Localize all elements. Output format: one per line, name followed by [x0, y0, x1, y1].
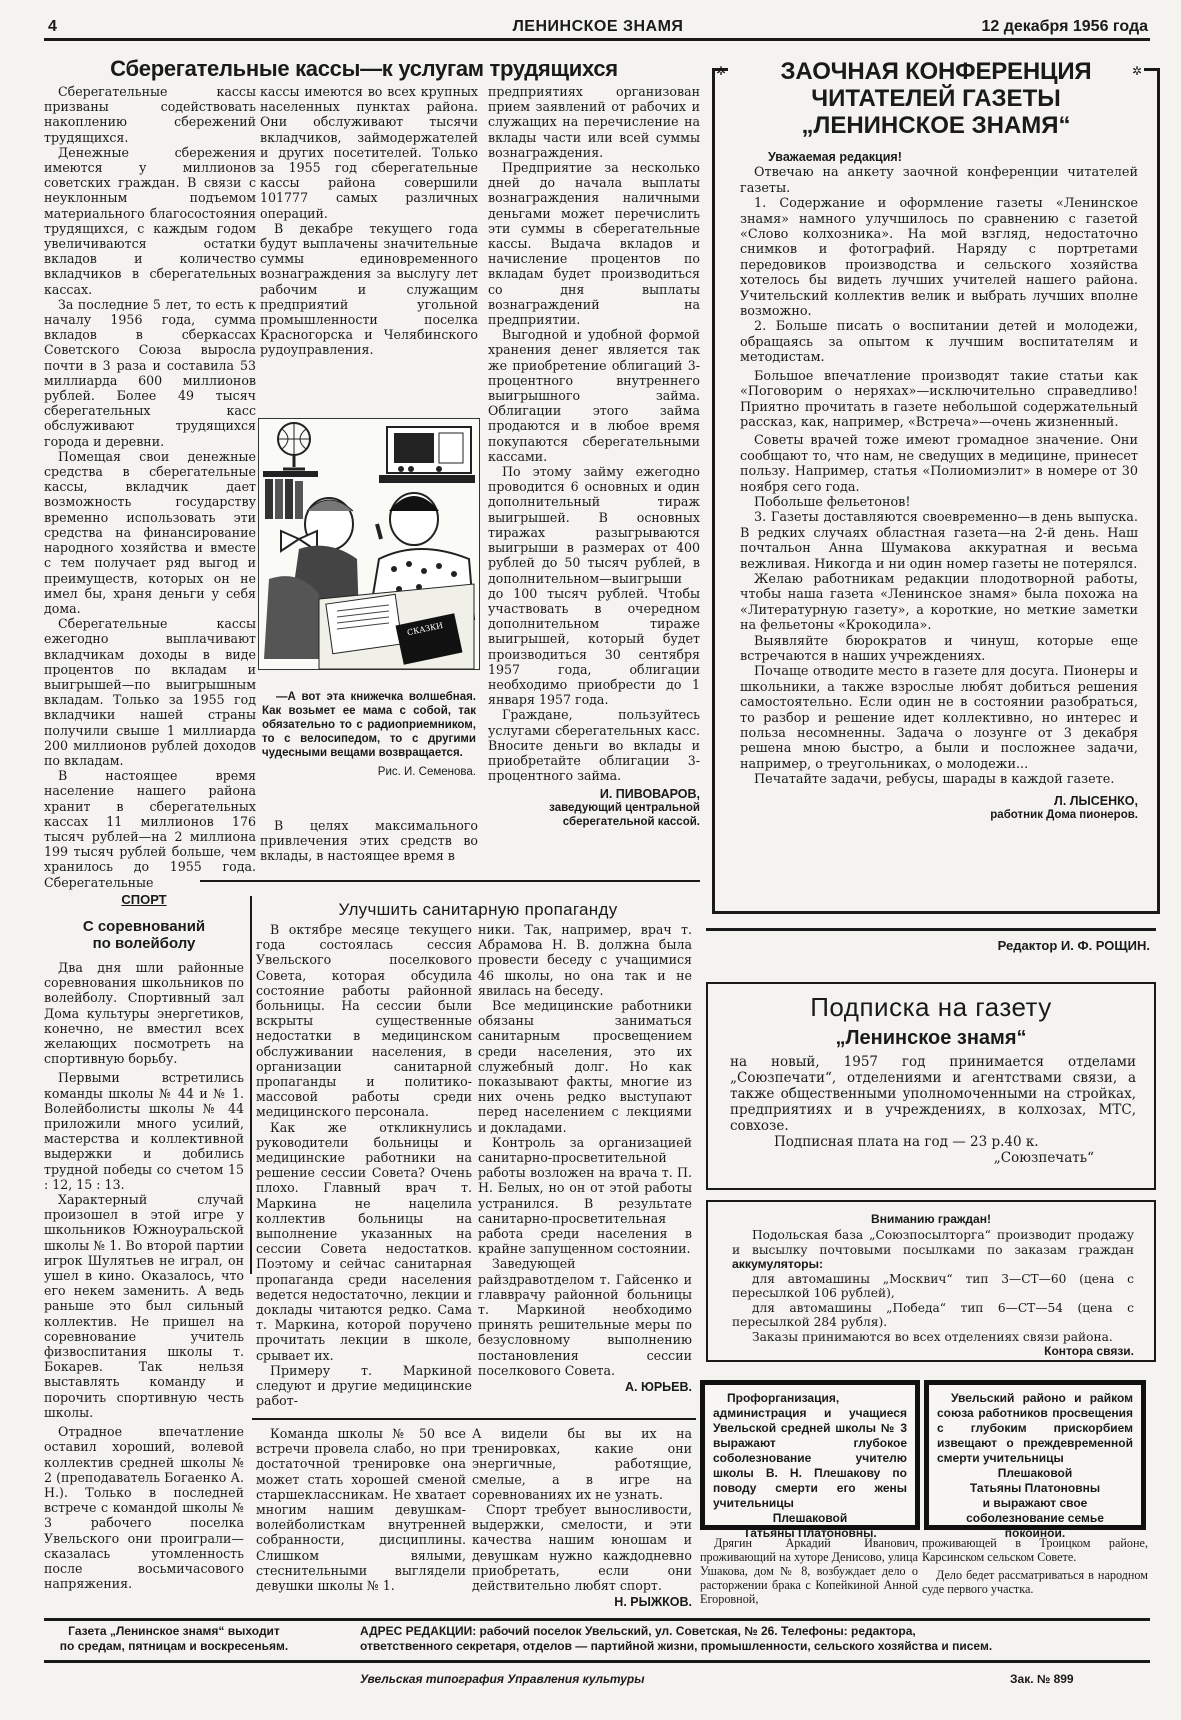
masthead-rule [44, 38, 1150, 41]
notice-text: Подольская база „Союзпосылторга“ произво… [732, 1228, 1134, 1257]
divider [706, 928, 1156, 931]
savings-author-title-2: сберегательной кассой. [488, 815, 700, 829]
paragraph: Сберегательные кассы ежегодно выплачиваю… [44, 616, 256, 768]
divider [250, 896, 252, 1274]
sanitary-col-2: ники. Так, например, врач т. Абрамова Н.… [478, 922, 692, 1394]
savings-col-3: предприятиях организован прием заявлений… [488, 84, 700, 829]
paragraph: кассы имеются во всех крупных населенных… [260, 84, 478, 221]
subscription-ad: Подписка на газету „Ленинское знамя“ на … [706, 982, 1156, 1190]
masthead: 4 ЛЕНИНСКОЕ ЗНАМЯ 12 декабря 1956 года [48, 14, 1148, 40]
condolence-text: Увельский районо и райком союза работник… [937, 1391, 1133, 1466]
condolence-name: Татьяны Платоновны [937, 1481, 1133, 1496]
paragraph: Выявляйте бюрократов и чинуш, которые ещ… [740, 634, 1138, 665]
paragraph: Большое впечатление производят такие ста… [740, 369, 1138, 431]
notice-product: аккумуляторы: [732, 1257, 823, 1271]
sport-headline: С соревнований по волейболу [44, 918, 244, 952]
schedule-line: Газета „Ленинское знамя“ выходит [44, 1624, 304, 1639]
condolence-name: Плешаковой [713, 1511, 907, 1526]
paragraph: Советы врачей тоже имеют громадное значе… [740, 433, 1138, 495]
subscription-price: Подписная плата на год — 23 р.40 к. [708, 1134, 1154, 1150]
notice-body: Подольская база „Союзпосылторга“ произво… [708, 1226, 1154, 1358]
paragraph: Отвечаю на анкету заочной конференции чи… [740, 165, 1138, 196]
paragraph: Дрягин Аркадий Иванович, проживающий на … [700, 1536, 918, 1606]
paragraph: Предприятие за несколько дней до начала … [488, 160, 700, 327]
paragraph: Выгодной и удобной формой хранения денег… [488, 327, 700, 464]
star-ornament-icon: ✲ [1132, 64, 1142, 78]
paragraph: Сберегательные кассы призваны содействов… [44, 84, 256, 145]
paragraph: Дело бедет рассматриваться в народном су… [922, 1568, 1148, 1596]
paragraph: За последние 5 лет, то есть к началу 195… [44, 297, 256, 449]
paragraph: Денежные сбережения имеются у миллионов … [44, 145, 256, 297]
paragraph: 3. Газеты доставляются своевременно—в де… [740, 510, 1138, 572]
divider [200, 880, 700, 882]
printer-credit: Увельская типография Управления культуры [360, 1672, 644, 1687]
sport-section-label: СПОРТ [44, 892, 244, 907]
paragraph: Граждане, пользуйтесь услугами сберегате… [488, 707, 700, 783]
illustration-children-with-savings-book: СКАЗКИ [258, 418, 480, 670]
paragraph: Как же откликнулись руководители больниц… [256, 1120, 472, 1363]
publication-schedule: Газета „Ленинское знамя“ выходит по сред… [44, 1624, 304, 1654]
editorial-address: АДРЕС РЕДАКЦИИ: рабочий поселок Увельски… [360, 1624, 1150, 1654]
conference-title-line-1: ЗАОЧНАЯ КОНФЕРЕНЦИЯ [728, 58, 1144, 85]
issue-date: 12 декабря 1956 года [981, 18, 1148, 36]
illustration-credit: Рис. И. Семенова. [262, 766, 476, 778]
divorce-notice-col-2: проживающей в Троицком районе, Карсинско… [922, 1536, 1148, 1596]
paragraph: Команда школы № 50 все встречи провела с… [256, 1426, 466, 1593]
savings-headline: Сберегательные кассы—к услугам трудящихс… [44, 56, 684, 82]
paragraph: проживающей в Троицком районе, Карсинско… [922, 1536, 1148, 1564]
notice-text: Заказы принимаются во всех отделениях св… [732, 1330, 1134, 1345]
condolence-name: Плешаковой [937, 1466, 1133, 1481]
paragraph: 1. Содержание и оформление газеты «Ленин… [740, 196, 1138, 319]
conference-title: ЗАОЧНАЯ КОНФЕРЕНЦИЯ ЧИТАТЕЛЕЙ ГАЗЕТЫ „ЛЕ… [728, 58, 1144, 139]
paragraph: Побольше фельетонов! [740, 495, 1138, 510]
illustration-caption: —А вот эта книжечка волшебная. Как возьм… [262, 690, 476, 760]
paragraph: ники. Так, например, врач т. Абрамова Н.… [478, 922, 692, 998]
paragraph: Почаще отводите место в газете для досуг… [740, 664, 1138, 772]
conference-author-title: работник Дома пионеров. [740, 808, 1138, 822]
address-line: ответственного секретаря, отделов — парт… [360, 1639, 1150, 1654]
subscription-body: на новый, 1957 год принимается отделами … [708, 1050, 1154, 1134]
divider [44, 1660, 1150, 1663]
condolence-text: и выражают свое соболезнование семье пок… [937, 1496, 1133, 1541]
savings-col-2-top: кассы имеются во всех крупных населенных… [260, 84, 478, 358]
paragraph: 2. Больше писать о воспитании детей и мо… [740, 319, 1138, 365]
paragraph: Помещая свои денежные средства в сберега… [44, 449, 256, 616]
schedule-line: по средам, пятницам и воскресеньям. [44, 1639, 304, 1654]
illustration-caption-block: —А вот эта книжечка волшебная. Как возьм… [262, 690, 476, 778]
notice-signature: Контора связи. [732, 1344, 1134, 1358]
conference-author: Л. ЛЫСЕНКО, [740, 794, 1138, 808]
subscription-paper: „Ленинское знамя“ [708, 1027, 1154, 1050]
paragraph: Два дня шли районные соревнования школьн… [44, 960, 244, 1066]
divorce-notice-col-1: Дрягин Аркадий Иванович, проживающий на … [700, 1536, 918, 1606]
savings-col-2-bottom: В целях максимального привлечения этих с… [260, 818, 478, 864]
sport-author: Н. РЫЖКОВ. [472, 1595, 692, 1609]
paragraph: А видели бы вы их на тренировках, какие … [472, 1426, 692, 1502]
paragraph: Контроль за организацией санитарно-просв… [478, 1135, 692, 1257]
order-number: Зак. № 899 [1010, 1672, 1074, 1687]
subscription-title: Подписка на газету [708, 992, 1154, 1023]
paragraph: предприятиях организован прием заявлений… [488, 84, 700, 160]
paragraph: Примеру т. Маркиной следуют и другие мед… [256, 1363, 472, 1409]
paragraph: Желаю работникам редакции плодотворной р… [740, 572, 1138, 634]
notice-item: для автомашины „Победа“ тип 6—СТ—54 (цен… [732, 1301, 1134, 1330]
paragraph: Все медицинские работники обязаны занима… [478, 998, 692, 1135]
condolence-text: Профорганизация, администрация и учащиес… [713, 1391, 907, 1511]
paragraph: В октябре месяце текущего года состоялас… [256, 922, 472, 1120]
divider [44, 1618, 1150, 1621]
paragraph: Первыми встретились команды школы № 44 и… [44, 1070, 244, 1192]
paragraph: Печатайте задачи, ребусы, шарады в каждо… [740, 772, 1138, 787]
divider [252, 1418, 696, 1420]
paragraph: Отрадное впечатление оставил хороший, во… [44, 1424, 244, 1591]
citizens-notice: Вниманию граждан! Подольская база „Союзп… [706, 1200, 1156, 1362]
conference-title-line-2: ЧИТАТЕЛЕЙ ГАЗЕТЫ [728, 85, 1144, 112]
sport-col-1: Два дня шли районные соревнования школьн… [44, 960, 244, 1591]
paragraph: В настоящее время население нашего район… [44, 768, 256, 890]
paragraph: Спорт требует выносливости, выдержки, см… [472, 1502, 692, 1593]
condolence-notice-2: Увельский районо и райком союза работник… [924, 1380, 1146, 1530]
sanitary-headline: Улучшить санитарную пропаганду [256, 900, 700, 920]
sport-col-2: Команда школы № 50 все встречи провела с… [256, 1426, 466, 1593]
sanitary-author: А. ЮРЬЕВ. [478, 1380, 692, 1394]
drawing-icon: СКАЗКИ [259, 419, 479, 669]
paragraph: В декабре текущего года будут выплачены … [260, 221, 478, 358]
paragraph: В целях максимального привлечения этих с… [260, 818, 478, 864]
savings-author: И. ПИВОВАРОВ, [488, 787, 700, 801]
notice-title: Вниманию граждан! [708, 1212, 1154, 1226]
condolence-notice-1: Профорганизация, администрация и учащиес… [700, 1380, 920, 1530]
savings-author-title-1: заведующий центральной [488, 801, 700, 815]
paragraph: Заведующей райздравотделом т. Гайсенко и… [478, 1256, 692, 1378]
sport-col-3: А видели бы вы их на тренировках, какие … [472, 1426, 692, 1609]
sanitary-col-1: В октябре месяце текущего года состоялас… [256, 922, 472, 1409]
subscription-signature: „Союзпечать“ [708, 1150, 1154, 1166]
conference-greeting: Уважаемая редакция! [740, 150, 1138, 165]
star-ornament-icon: ✲ [716, 64, 726, 78]
conference-letter: Уважаемая редакция! Отвечаю на анкету за… [740, 150, 1138, 822]
sport-headline-line-1: С соревнований [44, 918, 244, 935]
sport-headline-line-2: по волейболу [44, 935, 244, 952]
address-line: АДРЕС РЕДАКЦИИ: рабочий поселок Увельски… [360, 1624, 1150, 1639]
conference-title-line-3: „ЛЕНИНСКОЕ ЗНАМЯ“ [728, 112, 1144, 139]
savings-col-1: Сберегательные кассы призваны содействов… [44, 84, 256, 890]
notice-item: для автомашины „Москвич“ тип 3—СТ—60 (це… [732, 1272, 1134, 1301]
paragraph: Характерный случай произошел в этой игре… [44, 1192, 244, 1420]
paragraph: По этому займу ежегодно проводится 6 осн… [488, 464, 700, 707]
editor-credit: Редактор И. Ф. РОЩИН. [900, 938, 1150, 953]
